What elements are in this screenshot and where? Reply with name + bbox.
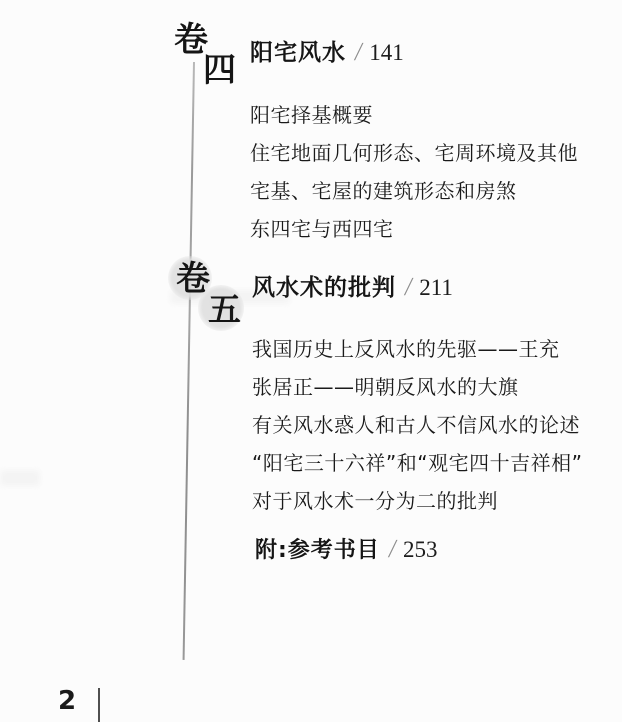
volume4-page-number: 141 — [369, 40, 404, 66]
volume5-marker-char-bottom: 五 — [208, 293, 241, 326]
toc-item: 张居正——明朝反风水的大旗 — [252, 368, 582, 406]
slash-separator: / — [387, 534, 398, 564]
volume4-chapter-title: 阳宅风水 / 141 — [250, 34, 404, 67]
volume4-marker-char-bottom: 四 — [203, 53, 236, 86]
slash-separator: / — [353, 37, 364, 67]
volume4-item-list: 阳宅择基概要 住宅地面几何形态、宅周环境及其他 宅基、宅屋的建筑形态和房煞 东四… — [250, 96, 578, 248]
toc-item: 有关风水惑人和古人不信风水的论述 — [252, 406, 582, 444]
appendix-page-number: 253 — [403, 537, 438, 563]
folio-page-number: 2 — [58, 686, 76, 716]
toc-item: “阳宅三十六祥”和“观宅四十吉祥相” — [252, 444, 582, 482]
volume5-chapter-title: 风水术的批判 / 211 — [252, 269, 453, 302]
scan-smudge — [0, 470, 40, 486]
vertical-rule — [183, 62, 195, 660]
appendix-entry: 附:参考书目 / 253 — [255, 533, 438, 564]
toc-item: 宅基、宅屋的建筑形态和房煞 — [250, 172, 578, 210]
appendix-label: 附:参考书目 — [255, 533, 380, 564]
volume5-item-list: 我国历史上反风水的先驱——王充 张居正——明朝反风水的大旗 有关风水惑人和古人不… — [252, 330, 582, 520]
volume5-title-text: 风水术的批判 — [252, 269, 396, 302]
slash-separator: / — [403, 272, 414, 302]
toc-item: 阳宅择基概要 — [250, 96, 578, 134]
folio-rule — [98, 688, 100, 722]
toc-item: 我国历史上反风水的先驱——王充 — [252, 330, 582, 368]
toc-item: 对于风水术一分为二的批判 — [252, 482, 582, 520]
book-toc-page: 卷 四 阳宅风水 / 141 阳宅择基概要 住宅地面几何形态、宅周环境及其他 宅… — [0, 0, 622, 722]
volume5-page-number: 211 — [419, 275, 453, 301]
volume5-marker-char-top: 卷 — [176, 262, 210, 296]
toc-item: 东四宅与西四宅 — [250, 210, 578, 248]
volume4-title-text: 阳宅风水 — [250, 34, 346, 67]
toc-item: 住宅地面几何形态、宅周环境及其他 — [250, 134, 578, 172]
